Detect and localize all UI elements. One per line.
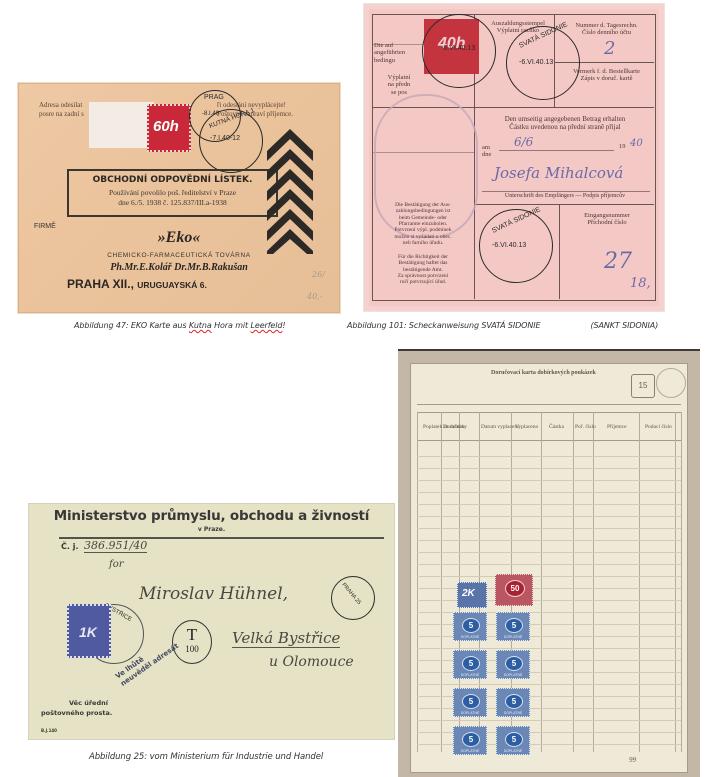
left-mid-text: Výplatní na předn se pos bbox=[374, 74, 424, 96]
stamp-5h: 5DOPLATNÉ bbox=[453, 726, 487, 755]
stamp-value: 1K bbox=[79, 624, 97, 640]
spellcheck-word: Kutna bbox=[189, 321, 212, 330]
postmark-kutna-hora: KUTNÁ HORA 1 -7.I.40-12 bbox=[199, 109, 263, 173]
label-line: Die auf bbox=[374, 42, 424, 49]
caption-aside: (SANKT SIDONIA) bbox=[590, 321, 658, 330]
box-line: dne 6./5. 1938 č. 125.837/III.a-1938 bbox=[69, 198, 276, 207]
eingang-label: Eingangsnummer Příchodní číslo bbox=[560, 212, 654, 227]
label-line: ručí potvrzující úřad. bbox=[373, 279, 473, 285]
postage-due-stamp-1k: 1K bbox=[67, 604, 111, 658]
handwritten-18: 18, bbox=[630, 276, 651, 291]
stamp-label: DOPLATNÉ bbox=[454, 749, 486, 753]
handwritten-for: for bbox=[109, 559, 124, 570]
eko-card-image: Adresa odesílat posre na zadní s ři odes… bbox=[18, 83, 340, 313]
street: URUGUAYSKÁ 6. bbox=[137, 280, 207, 290]
postmark-date: -6.VI.40.13 bbox=[492, 242, 526, 249]
stamp-5h: 5DOPLATNÉ bbox=[453, 650, 487, 679]
stamp-5h: 5DOPLATNÉ bbox=[496, 726, 530, 755]
label-line: bedingu bbox=[374, 57, 424, 64]
header-auszahlung: Auszahlungsstempel Výplatní razítko bbox=[482, 20, 554, 35]
column-header: Příjemce bbox=[607, 424, 627, 430]
label-line: se pos bbox=[374, 89, 424, 96]
tax-mark-t100: T 100 bbox=[172, 620, 212, 664]
tax-mark-letter: T bbox=[173, 625, 211, 644]
corner-number-box: 15 bbox=[631, 374, 655, 398]
stamp-5h: 5DOPLATNÉ bbox=[496, 612, 530, 641]
am-dne-label: am dne bbox=[482, 144, 491, 159]
stamp-50h: 50 bbox=[495, 574, 533, 606]
stamp-2k: 2K bbox=[457, 582, 487, 608]
label-line: am bbox=[482, 144, 491, 151]
label-line: Vermerk f. d. Bestellkarte bbox=[559, 68, 654, 75]
liability-text: Für die Richtigkeit der Bestätigung haft… bbox=[373, 254, 473, 286]
note-line: Adresa odesílat bbox=[39, 101, 84, 110]
envelope-header: Ministerstvo průmyslu, obchodu a živnost… bbox=[29, 508, 394, 524]
stamp-value: 2K bbox=[462, 588, 475, 599]
column-header: Poř. číslo bbox=[575, 424, 596, 430]
stamp-value: 5 bbox=[505, 618, 523, 633]
stamp-value: 5 bbox=[505, 732, 523, 747]
postmark-date: -6.VI.40.13 bbox=[519, 59, 553, 66]
ledger-sheet-image: Doručovací karta dobírkových poukázek 15… bbox=[398, 349, 700, 777]
postmark-text: PRAG bbox=[204, 94, 224, 101]
addressee-town-2: u Olomouce bbox=[269, 654, 354, 670]
postmark-svata-sidonie-3: SVATÁ SIDONIE -6.VI.40.13 bbox=[479, 209, 553, 283]
confirmation-text: Die Bestätigung der Aus- zahlungsbedingu… bbox=[373, 202, 473, 246]
handwritten-27: 27 bbox=[604, 249, 632, 274]
received-text: Den umseitig angegebenen Betrag erhalten… bbox=[476, 115, 654, 131]
ministry-envelope-image: Ministerstvo průmyslu, obchodu a živnost… bbox=[28, 503, 395, 740]
stamp-value: 5 bbox=[505, 694, 523, 709]
stamp-5h: 5DOPLATNÉ bbox=[453, 688, 487, 717]
footer-number: 99 bbox=[629, 756, 636, 764]
column-header: Vyplaceno bbox=[515, 424, 538, 430]
envelope-subheader: v Praze. bbox=[29, 526, 394, 533]
reply-card-box: OBCHODNÍ ODPOVĚDNÍ LÍSTEK. Používání pov… bbox=[67, 169, 278, 217]
stamp-value: 5 bbox=[462, 656, 480, 671]
label-line: Zápis v doruč. kartě bbox=[559, 75, 654, 82]
official-mail-note: Věc úřední bbox=[69, 699, 108, 707]
stamp-label: DOPLATNÉ bbox=[454, 635, 486, 639]
stamp-label: DOPLATNÉ bbox=[497, 749, 529, 753]
postmark-date: -6.VI.40.13 bbox=[441, 45, 475, 52]
caption-text: Abbildung 101: Scheckanweisung SVATÁ SID… bbox=[347, 321, 540, 330]
faint-postmark bbox=[656, 368, 686, 398]
stamp-value: 5 bbox=[462, 732, 480, 747]
stamp-5h: 5DOPLATNÉ bbox=[496, 688, 530, 717]
year-prefix: 19 bbox=[619, 143, 626, 150]
column-header: Částka bbox=[549, 424, 564, 430]
label-line: angeführten bbox=[374, 49, 424, 56]
postmark-svata-sidonie-2: SVATÁ SIDONIE -6.VI.40.13 bbox=[506, 26, 580, 100]
stamp-value: 5 bbox=[505, 656, 523, 671]
caption-text: Abbildung 47: EKO Karte aus bbox=[74, 321, 189, 330]
stamp-label: DOPLATNÉ bbox=[454, 673, 486, 677]
label-line: Den umseitig angegebenen Betrag erhalten bbox=[476, 115, 654, 123]
label-line: Auszahlungsstempel bbox=[482, 20, 554, 27]
label-line: neb farního úřadu. bbox=[373, 240, 473, 246]
label-line: Příchodní číslo bbox=[560, 219, 654, 226]
addressee-town: Velká Bystřice bbox=[232, 629, 340, 648]
label-line: Číslo denního účtu bbox=[559, 29, 654, 36]
postmark-date: -7.I.40-12 bbox=[210, 135, 240, 142]
scheckanweisung-image: 40h -6.VI.40.13 SVATÁ SIDONIE -6.VI.40.1… bbox=[363, 3, 665, 312]
brand-name: »Eko« bbox=[19, 229, 339, 247]
addressee-name: Miroslav Hühnel, bbox=[139, 584, 288, 604]
stamp-5h: 5DOPLATNÉ bbox=[496, 650, 530, 679]
stamp-label: DOPLATNÉ bbox=[497, 673, 529, 677]
caption-text: Hora mit bbox=[212, 321, 251, 330]
pencil-note: 26/ bbox=[312, 270, 325, 279]
stamp-label: DOPLATNÉ bbox=[497, 635, 529, 639]
ref-number: 386.951/40 bbox=[84, 539, 147, 553]
box-line: Používání povolilo poš. ředitelství v Pr… bbox=[69, 188, 276, 197]
postmark-praha: PRAHA 25 bbox=[331, 576, 375, 620]
label-line: Částku uvedenou na přední straně přijal bbox=[476, 123, 654, 131]
column-header: Doručeno bbox=[443, 424, 465, 430]
stamp-label: DOPLATNÉ bbox=[497, 711, 529, 715]
city: PRAHA XII., bbox=[67, 277, 134, 291]
spellcheck-word: Leerfeld bbox=[251, 321, 283, 330]
caption-figure-25: Abbildung 25: vom Ministerium für Indust… bbox=[89, 752, 323, 762]
left-top-text: Die auf angeführten bedingu bbox=[374, 42, 424, 64]
label-line: na předn bbox=[374, 81, 424, 88]
stamp-label: DOPLATNÉ bbox=[454, 711, 486, 715]
ledger-title: Doručovací karta dobírkových poukázek bbox=[491, 370, 596, 376]
stamp-value: 5 bbox=[462, 618, 480, 633]
note-line: posre na zadní s bbox=[39, 110, 84, 119]
official-mail-note-2: poštovného prosta. bbox=[41, 709, 112, 717]
column-header: Datum vyplacení bbox=[481, 424, 519, 430]
label-line: Výplatní razítko bbox=[482, 27, 554, 34]
stamp-5h: 5DOPLATNÉ bbox=[453, 612, 487, 641]
blank-selvage bbox=[89, 102, 154, 148]
sender-note-left: Adresa odesílat posre na zadní s bbox=[39, 101, 84, 119]
column-header: Podací číslo bbox=[645, 424, 672, 430]
header-nummer: Nummer d. Tagesrechn. Číslo denního účtu bbox=[559, 22, 654, 37]
vermerk-label: Vermerk f. d. Bestellkarte Zápis v doruč… bbox=[559, 68, 654, 83]
caption-text: ! bbox=[282, 321, 285, 330]
caption-figure-47: Abbildung 47: EKO Karte aus Kutna Hora m… bbox=[74, 321, 285, 330]
owner-names: Ph.Mr.E.Kolář Dr.Mr.B.Rakušan bbox=[19, 262, 339, 273]
label-line: dne bbox=[482, 151, 491, 158]
signature-label: Unterschrift des Empfängers — Podpis pří… bbox=[476, 193, 654, 200]
label-line: Eingangsnummer bbox=[560, 212, 654, 219]
company-type: CHEMICKO-FARMACEUTICKÁ TOVÁRNA bbox=[19, 252, 339, 259]
ledger-paper: Doručovací karta dobírkových poukázek 15… bbox=[410, 363, 688, 773]
postmark-text: PRAHA 25 bbox=[340, 582, 361, 606]
pencil-note: 40,- bbox=[307, 292, 322, 301]
address: PRAHA XII., URUGUAYSKÁ 6. bbox=[67, 277, 207, 291]
ref-label: Č. j. bbox=[61, 542, 78, 551]
stamp-value: 60h bbox=[153, 118, 179, 135]
handwritten-number: 2 bbox=[604, 38, 615, 59]
postage-due-stamp-60h: 60h bbox=[147, 104, 191, 152]
handwritten-year: 40 bbox=[630, 138, 643, 149]
handwritten-signature: Josefa Mihalcová bbox=[494, 164, 623, 182]
stamp-value: 50 bbox=[505, 580, 525, 597]
caption-figure-101: Abbildung 101: Scheckanweisung SVATÁ SID… bbox=[347, 321, 658, 330]
box-title: OBCHODNÍ ODPOVĚDNÍ LÍSTEK. bbox=[69, 175, 276, 185]
handwritten-date: 6/6 bbox=[514, 135, 533, 149]
stamp-value: 5 bbox=[462, 694, 480, 709]
label-line: Výplatní bbox=[374, 74, 424, 81]
form-code: B.J.140 bbox=[41, 728, 57, 733]
